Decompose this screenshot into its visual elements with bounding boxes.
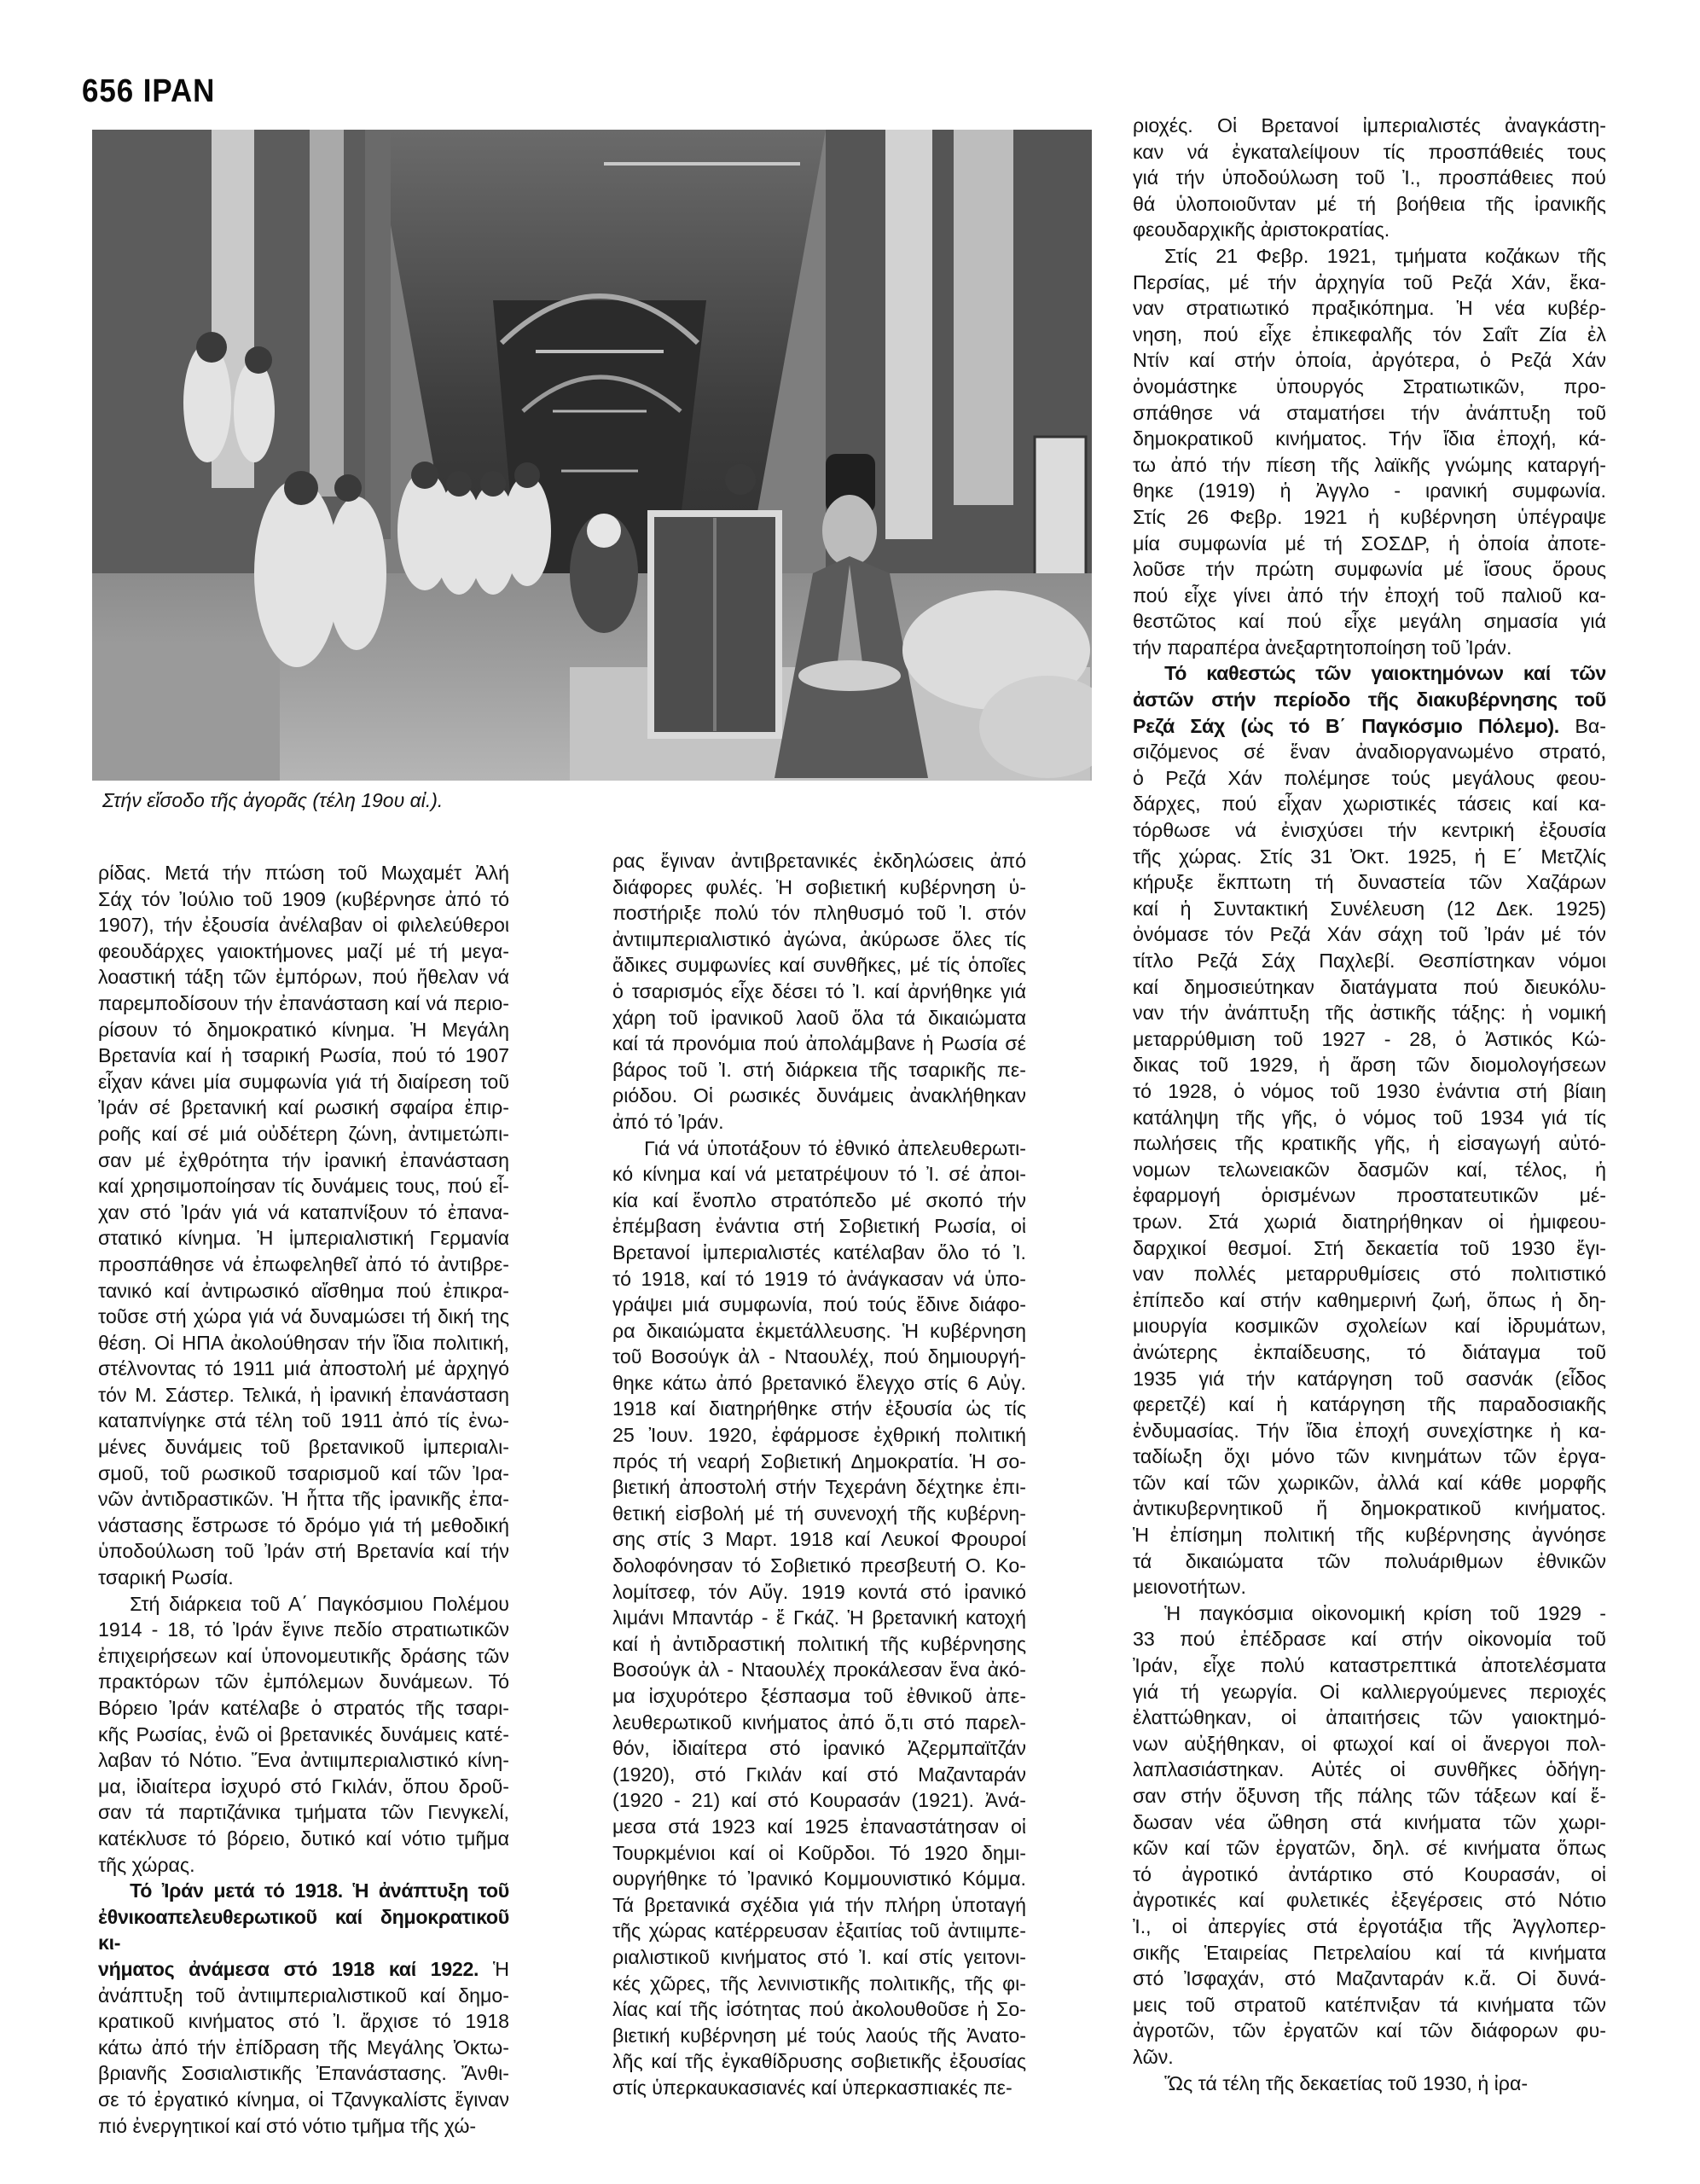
section-heading-text: Τό καθεστώς τῶν γαιοκτημόνων καί τῶν bbox=[1164, 662, 1606, 684]
body-text: Στή διάρκεια τοῦ Α΄ Παγκόσμιου Πολέμου bbox=[130, 1593, 509, 1615]
body-text: 1914 - 18, τό Ἰράν ἔγινε πεδίο στρατιωτι… bbox=[98, 1618, 509, 1641]
text-line: μα ἰσχυρότερο ξέσπασμα τοῦ ἐθνικοῦ ἀπε- bbox=[612, 1683, 1026, 1710]
body-text: κία καί ἔνοπλο στρατόπεδο μέ σκοπό τήν bbox=[612, 1189, 1026, 1211]
body-text: σπάθησε νά σταματήσει τήν ἀνάπτυξη τοῦ bbox=[1133, 402, 1606, 424]
body-text: θηκε κάτω ἀπό βρετανικό ἔλεγχο στίς 6 Αὐ… bbox=[612, 1372, 1026, 1394]
text-line: Στή διάρκεια τοῦ Α΄ Παγκόσμιου Πολέμου bbox=[98, 1591, 509, 1618]
text-line: ταδίωξη ὄχι μόνο τῶν κινημάτων τῶν ἐργα- bbox=[1133, 1443, 1606, 1470]
body-text: σαν τά παρτιζάνικα τμήματα τῶν Γιενγκελί… bbox=[98, 1801, 509, 1823]
text-line: Περσίας, μέ τήν ἀρχηγία τοῦ Ρεζά Χάν, ἔκ… bbox=[1133, 270, 1606, 296]
body-text: ὀνόμασε τόν Ρεζά Χάν σάχη τοῦ Ἰράν μέ τό… bbox=[1133, 923, 1606, 945]
body-text: (1920 - 21) καί στό Κουρασάν (1921). Ἀνά… bbox=[612, 1789, 1026, 1811]
body-text: ὁ τσαρισμός εἶχε δέσει τό Ἰ. καί ἀρνήθηκ… bbox=[612, 980, 1026, 1002]
text-line: στό Ἰσφαχάν, στό Μαζανταράν κ.ἄ. Οἱ δυνά… bbox=[1133, 1966, 1606, 1992]
text-line: Στίς 21 Φεβρ. 1921, τμήματα κοζάκων τῆς bbox=[1133, 243, 1606, 270]
body-text: γιά τήν ὑποδούλωση τοῦ Ἰ., προσπάθειες π… bbox=[1133, 166, 1606, 189]
body-text: τῆς χώρας. Στίς 31 Ὀκτ. 1925, ἡ Ε΄ Μετζλ… bbox=[1133, 845, 1606, 868]
body-text: καταπνίγηκε στά τέλη τοῦ 1911 ἀπό τίς ἐν… bbox=[98, 1409, 509, 1432]
paragraph: Στίς 21 Φεβρ. 1921, τμήματα κοζάκων τῆςΠ… bbox=[1133, 243, 1606, 661]
body-text: μεσα στά 1923 καί 1925 ἐπαναστάτησαν οἱ bbox=[612, 1815, 1026, 1838]
text-line: πού εἶχε γίνει ἀπό τήν ἐποχή τοῦ παλιοῦ … bbox=[1133, 583, 1606, 609]
body-text: κατάληψη τῆς γῆς, ὁ νόμος τοῦ 1934 γιά τ… bbox=[1133, 1107, 1606, 1129]
body-text: Βόρειο Ἰράν κατέλαβε ὁ στρατός τῆς τσαρι… bbox=[98, 1697, 509, 1719]
text-line: λοῦσε τήν πρώτη συμφωνία μέ ἴσους ὅρους bbox=[1133, 556, 1606, 583]
text-line: ὑποδούλωση τοῦ Ἰράν στή Βρετανία καί τήν bbox=[98, 1538, 509, 1565]
text-line: Γιά νά ὑποτάξουν τό ἐθνικό ἀπελευθερωτι- bbox=[612, 1136, 1026, 1162]
body-text: Γιά νά ὑποτάξουν τό ἐθνικό ἀπελευθερωτι- bbox=[644, 1137, 1026, 1159]
body-text: χαν στό Ἰράν γιά νά καταπνίξουν τό ἐπανα… bbox=[98, 1201, 509, 1223]
text-line: θηκε κάτω ἀπό βρετανικό ἔλεγχο στίς 6 Αὐ… bbox=[612, 1370, 1026, 1397]
text-line: Τό καθεστώς τῶν γαιοκτημόνων καί τῶν bbox=[1133, 660, 1606, 687]
text-line: ἐθνικοαπελευθερωτικοῦ καί δημοκρατικοῦ κ… bbox=[98, 1904, 509, 1956]
body-text: στέλνοντας τό 1911 μιά ἀποστολή μέ ἀρχηγ… bbox=[98, 1357, 509, 1380]
body-text: λῶν. bbox=[1133, 2046, 1174, 2068]
text-line: 1914 - 18, τό Ἰράν ἔγινε πεδίο στρατιωτι… bbox=[98, 1617, 509, 1643]
body-text: ἐπίπεδο καί στήν καθημερινή ζωή, ὅπως ἡ … bbox=[1133, 1289, 1606, 1311]
text-line: Τά βρετανικά σχέδια γιά τήν πλήρη ὑποταγ… bbox=[612, 1892, 1026, 1919]
text-line: στέλνοντας τό 1911 μιά ἀποστολή μέ ἀρχηγ… bbox=[98, 1356, 509, 1382]
text-line: λιμάνι Μπαντάρ - ἔ Γκάζ. Ἡ βρετανική κατ… bbox=[612, 1605, 1026, 1631]
text-line: θετική εἰσβολή μέ τή συνενοχή τῆς κυβέρν… bbox=[612, 1501, 1026, 1527]
text-line: 1935 γιά τήν κατάργηση τοῦ σασνάκ (εἶδος bbox=[1133, 1366, 1606, 1392]
text-line: λευθερωτικοῦ κινήματος ἀπό ὅ,τι στό παρε… bbox=[612, 1710, 1026, 1736]
text-line: τω ἀπό τήν πίεση τῆς λαϊκῆς γνώμης καταρ… bbox=[1133, 452, 1606, 479]
text-line: ριοχές. Οἱ Βρετανοί ἰμπεριαλιστές ἀναγκά… bbox=[1133, 113, 1606, 139]
text-line: κία καί ἔνοπλο στρατόπεδο μέ σκοπό τήν bbox=[612, 1188, 1026, 1214]
text-line: 25 Ἰουν. 1920, ἐφάρμοσε ἐχθρική πολιτική bbox=[612, 1422, 1026, 1449]
body-text: ἀπό τό Ἰράν. bbox=[612, 1111, 724, 1133]
section-heading-text: Ρεζά Σάχ (ὡς τό Β΄ Παγκόσμιο Πόλεμο). bbox=[1133, 715, 1575, 737]
bazaar-photo bbox=[92, 130, 1092, 781]
text-line: τίτλο Ρεζά Σάχ Παχλεβί. Θεσπίστηκαν νόμο… bbox=[1133, 948, 1606, 974]
body-text: ρίδας. Μετά τήν πτώση τοῦ Μωχαμέτ Ἀλή bbox=[98, 862, 509, 884]
text-line: κῆς Ρωσίας, ἐνῶ οἱ βρετανικές δυνάμεις κ… bbox=[98, 1722, 509, 1748]
text-line: 1907), τήν ἐξουσία ἀνέλαβαν οἱ φιλελεύθε… bbox=[98, 912, 509, 938]
text-line: τσαρική Ρωσία. bbox=[98, 1565, 509, 1591]
text-line: τῶν καί τῶν χωρικῶν, ἀλλά καί κάθε μορφῆ… bbox=[1133, 1470, 1606, 1496]
body-text: λιμάνι Μπαντάρ - ἔ Γκάζ. Ἡ βρετανική κατ… bbox=[612, 1606, 1026, 1629]
text-line: γράψει μιά συμφωνία, πού τούς ἔδινε διάφ… bbox=[612, 1292, 1026, 1318]
text-line: τρων. Στά χωριά διατηρήθηκαν οἱ ἡμιφεου- bbox=[1133, 1209, 1606, 1235]
body-text: ἐπιχειρήσεων καί ὑπονομευτικῆς δράσης τῶ… bbox=[98, 1645, 509, 1667]
text-line: βριανῆς Σοσιαλιστικῆς Ἐπανάστασης. Ἄνθι- bbox=[98, 2060, 509, 2087]
body-text: σικῆς Ἑταιρείας Πετρελαίου καί τά κινήμα… bbox=[1133, 1942, 1606, 1964]
body-text: τίτλο Ρεζά Σάχ Παχλεβί. Θεσπίστηκαν νόμο… bbox=[1133, 950, 1606, 972]
text-line: τοῦ Βοσούγκ ἀλ - Νταουλέχ, πού δημιουργή… bbox=[612, 1344, 1026, 1370]
body-text: τσαρική Ρωσία. bbox=[98, 1566, 234, 1589]
text-line: βιετική ἀποστολή στήν Τεχεράνη δέχτηκε ἐ… bbox=[612, 1474, 1026, 1501]
text-line: Ἰ., οἱ ἀπεργίες στά ἐργοτάξια τῆς Ἀγγλοπ… bbox=[1133, 1914, 1606, 1940]
body-text: τό ἀγροτικό ἀντάρτικο στό Κουρασάν, οἱ bbox=[1133, 1863, 1606, 1885]
body-text: Ἰράν σέ βρετανική καί ρωσική σφαίρα ἐπιρ… bbox=[98, 1096, 509, 1118]
text-line: ρίσουν τό δημοκρατικό κίνημα. Ἡ Μεγάλη bbox=[98, 1017, 509, 1043]
text-line: διάφορες φυλές. Ἡ σοβιετική κυβέρνηση ὑ- bbox=[612, 874, 1026, 901]
body-text: βιετική κυβέρνηση μέ τούς λαούς τῆς Ἀνατ… bbox=[612, 2024, 1026, 2047]
column-right: ριοχές. Οἱ Βρετανοί ἰμπεριαλιστές ἀναγκά… bbox=[1133, 113, 1606, 2096]
text-line: λῆς καί τῆς ἐγκαθίδρυσης σοβιετικῆς ἐξου… bbox=[612, 2048, 1026, 2075]
body-text: ἄδικες συμφωνίες καί συνθῆκες, μέ τίς ὁπ… bbox=[612, 954, 1026, 976]
text-line: κρατικοῦ κινήματος στό Ἰ. ἄρχισε τό 1918 bbox=[98, 2008, 509, 2035]
text-line: καταπνίγηκε στά τέλη τοῦ 1911 ἀπό τίς ἐν… bbox=[98, 1408, 509, 1434]
text-line: προσπάθησε νά ἐπωφεληθεῖ ἀπό τό ἀντιβρε- bbox=[98, 1252, 509, 1278]
body-text: μα ἰσχυρότερο ξέσπασμα τοῦ ἐθνικοῦ ἀπε- bbox=[612, 1685, 1026, 1707]
text-line: τῆς χώρας. Στίς 31 Ὀκτ. 1925, ἡ Ε΄ Μετζλ… bbox=[1133, 844, 1606, 870]
text-line: τοῦσε στή χώρα γιά νά δυναμώσει τή δική … bbox=[98, 1304, 509, 1330]
text-line: ἐνδυμασίας. Τήν ἴδια ἐποχή συνεχίστηκε ἡ… bbox=[1133, 1418, 1606, 1444]
column-left: ρίδας. Μετά τήν πτώση τοῦ Μωχαμέτ ἈλήΣάχ… bbox=[98, 860, 509, 2139]
body-text: τό 1928, ὁ νόμος τοῦ 1930 ἐνάντια στή βί… bbox=[1133, 1080, 1606, 1102]
text-line: ὁ τσαρισμός εἶχε δέσει τό Ἰ. καί ἀρνήθηκ… bbox=[612, 979, 1026, 1005]
text-line: θόν, ἰδιαίτερα στό ἰρανικό Ἀζερμπαϊτζάν bbox=[612, 1735, 1026, 1762]
body-text: ναν στρατιωτικό πραξικόπημα. Ἡ νέα κυβέρ… bbox=[1133, 297, 1606, 319]
page-number: 656 bbox=[82, 73, 134, 109]
body-text: Στίς 21 Φεβρ. 1921, τμήματα κοζάκων τῆς bbox=[1164, 245, 1606, 267]
text-line: δημοκρατικοῦ κινήματος. Τήν ἴδια ἐποχή, … bbox=[1133, 426, 1606, 452]
body-text: φεουδαρχικῆς ἀριστοκρατίας. bbox=[1133, 218, 1390, 241]
text-line: ρίδας. Μετά τήν πτώση τοῦ Μωχαμέτ Ἀλή bbox=[98, 860, 509, 886]
text-line: μα, ἰδιαίτερα ἰσχυρό στό Γκιλάν, ὅπου δρ… bbox=[98, 1774, 509, 1800]
text-line: ναν πολλές μεταρρυθμίσεις στό πολιτιστικ… bbox=[1133, 1261, 1606, 1287]
body-text: λαβαν τό Νότιο. Ἕνα ἀντιιμπεριαλιστικό κ… bbox=[98, 1749, 509, 1771]
text-line: βιετική κυβέρνηση μέ τούς λαούς τῆς Ἀνατ… bbox=[612, 2023, 1026, 2049]
text-line: Τουρκμένιοι καί οἱ Κοῦρδοι. Τό 1920 δημι… bbox=[612, 1840, 1026, 1867]
body-text: λῆς καί τῆς ἐγκαθίδρυσης σοβιετικῆς ἐξου… bbox=[612, 2050, 1026, 2072]
column-middle: ρας ἔγιναν ἀντιβρετανικές ἐκδηλώσεις ἀπό… bbox=[612, 848, 1026, 2101]
body-text: τοῦ Βοσούγκ ἀλ - Νταουλέχ, πού δημιουργή… bbox=[612, 1345, 1026, 1368]
body-text: Τά βρετανικά σχέδια γιά τήν πλήρη ὑποταγ… bbox=[612, 1894, 1026, 1916]
text-line: σαν μέ ἐχθρότητα τήν ἰρανική ἐπανάσταση bbox=[98, 1147, 509, 1174]
body-text: κῶν καί τῶν ἐργατῶν, δηλ. σέ κινήματα ὅπ… bbox=[1133, 1837, 1606, 1859]
paragraph: Ὥς τά τέλη τῆς δεκαετίας τοῦ 1930, ἡ ἰρα… bbox=[1133, 2071, 1606, 2097]
body-text: χάρη τοῦ ἰρανικοῦ λαοῦ ὅλα τά δικαιώματα bbox=[612, 1007, 1026, 1029]
text-line: Ρεζά Σάχ (ὡς τό Β΄ Παγκόσμιο Πόλεμο). Βα… bbox=[1133, 713, 1606, 740]
body-text: Ἡ παγκόσμια οἰκονομική κρίση τοῦ 1929 - bbox=[1164, 1602, 1606, 1624]
body-text: Ἡ bbox=[493, 1958, 509, 1980]
text-line: πιό ἐνεργητικοί καί στό νότιο τμῆμα τῆς … bbox=[98, 2113, 509, 2140]
body-text: δημοκρατικοῦ κινήματος. Τήν ἴδια ἐποχή, … bbox=[1133, 427, 1606, 450]
body-text: βάρος τοῦ Ἰ. στή διάρκεια τῆς τσαρικῆς π… bbox=[612, 1059, 1026, 1081]
text-line: κό κίνημα καί νά μετατρέψουν τό Ἰ. σέ ἀπ… bbox=[612, 1161, 1026, 1188]
body-text: στατικό κίνημα. Ἡ ἰμπεριαλιστική Γερμανί… bbox=[98, 1227, 509, 1249]
body-text: Βρετανία καί ἡ τσαρική Ρωσία, πού τό 190… bbox=[98, 1044, 509, 1066]
text-line: Ἡ ἐπίσημη πολιτική τῆς κυβέρνησης ἀγνόησ… bbox=[1133, 1522, 1606, 1548]
text-line: ἀνάπτυξη τοῦ ἀντιιμπεριαλιστικοῦ καί δημ… bbox=[98, 1983, 509, 2009]
text-line: ἀπό τό Ἰράν. bbox=[612, 1109, 1026, 1136]
text-line: τῆς χώρας. bbox=[98, 1852, 509, 1879]
text-line: 33 πού ἐπέδρασε καί στήν οἰκονομία τοῦ bbox=[1133, 1626, 1606, 1653]
text-line: Βρετανία καί ἡ τσαρική Ρωσία, πού τό 190… bbox=[98, 1043, 509, 1069]
paragraph: Τό καθεστώς τῶν γαιοκτημόνων καί τῶνἀστῶ… bbox=[1133, 660, 1606, 1600]
text-line: σμοῦ, τοῦ ρωσικοῦ τσαρισμοῦ καί τῶν Ἰρα- bbox=[98, 1461, 509, 1487]
text-line: ναν τήν ἀνάπτυξη τῆς ἀστικῆς τάξης: ἡ νο… bbox=[1133, 1000, 1606, 1026]
body-text: μα, ἰδιαίτερα ἰσχυρό στό Γκιλάν, ὅπου δρ… bbox=[98, 1775, 509, 1798]
body-text: θόν, ἰδιαίτερα στό ἰρανικό Ἀζερμπαϊτζάν bbox=[612, 1737, 1026, 1759]
body-text: ρα δικαιώματα ἐκμετάλλευσης. Ἡ κυβέρνηση bbox=[612, 1320, 1026, 1342]
text-line: νῶν ἀντιδραστικῶν. Ἡ ἧττα τῆς ἰρανικῆς ἐ… bbox=[98, 1486, 509, 1513]
body-text: πωλήσεις τῆς κρατικῆς γῆς, ἡ εἰσαγωγή αὐ… bbox=[1133, 1132, 1606, 1154]
text-line: θηκε (1919) ἡ Ἀγγλο - ιρανική συμφωνία. bbox=[1133, 478, 1606, 504]
text-line: δικας τοῦ 1929, ἡ ἄρση τῶν διομολογήσεων bbox=[1133, 1052, 1606, 1078]
text-line: εἶχαν κάνει μία συμφωνία γιά τή διαίρεση… bbox=[98, 1069, 509, 1095]
body-text: Ἰ., οἱ ἀπεργίες στά ἐργοτάξια τῆς Ἀγγλοπ… bbox=[1133, 1915, 1606, 1937]
text-line: ἄδικες συμφωνίες καί συνθῆκες, μέ τίς ὁπ… bbox=[612, 952, 1026, 979]
text-line: νων αὐξήθηκαν, οἱ φτωχοί καί οἱ ἄνεργοι … bbox=[1133, 1731, 1606, 1757]
body-text: Ντίν καί στήν ὁποία, ἀργότερα, ὁ Ρεζά Χά… bbox=[1133, 349, 1606, 371]
paragraph: ρίδας. Μετά τήν πτώση τοῦ Μωχαμέτ ἈλήΣάχ… bbox=[98, 860, 509, 1591]
body-text: στίς ὑπερκαυκασιανές καί ὑπερκασπιακές π… bbox=[612, 2077, 1012, 2099]
text-line: φεουδαρχικῆς ἀριστοκρατίας. bbox=[1133, 217, 1606, 243]
text-line: Ἰράν σέ βρετανική καί ρωσική σφαίρα ἐπιρ… bbox=[98, 1095, 509, 1121]
body-text: εἶχαν κάνει μία συμφωνία γιά τή διαίρεση… bbox=[98, 1071, 509, 1093]
text-line: σαν τά παρτιζάνικα τμήματα τῶν Γιενγκελί… bbox=[98, 1799, 509, 1826]
text-line: βάρος τοῦ Ἰ. στή διάρκεια τῆς τσαρικῆς π… bbox=[612, 1057, 1026, 1083]
body-text: δάρχες, πού εἶχαν χωριστικές τάσεις καί … bbox=[1133, 793, 1606, 815]
body-text: 1935 γιά τήν κατάργηση τοῦ σασνάκ (εἶδος bbox=[1133, 1368, 1606, 1390]
body-text: λοῦσε τήν πρώτη συμφωνία μέ ἴσους ὅρους bbox=[1133, 558, 1606, 580]
body-text: ἀγροτῶν, τῶν ἐργατῶν καί τῶν διάφορων φυ… bbox=[1133, 2019, 1606, 2042]
text-line: μένες δυνάμεις τοῦ βρετανικοῦ ἰμπεριαλι- bbox=[98, 1434, 509, 1461]
paragraph: Γιά νά ὑποτάξουν τό ἐθνικό ἀπελευθερωτι-… bbox=[612, 1136, 1026, 2101]
text-line: ἐπίπεδο καί στήν καθημερινή ζωή, ὅπως ἡ … bbox=[1133, 1287, 1606, 1314]
body-text: καί χρησιμοποίησαν τίς δυνάμεις τους, πο… bbox=[98, 1175, 509, 1197]
text-line: δωσαν νέα ὤθηση στά κινήματα τῶν χωρι- bbox=[1133, 1809, 1606, 1836]
body-text: κῆς Ρωσίας, ἐνῶ οἱ βρετανικές δυνάμεις κ… bbox=[98, 1723, 509, 1745]
body-text: λαπλασιάστηκαν. Αὐτές οἱ συνθῆκες ὁδήγη- bbox=[1133, 1758, 1606, 1780]
body-text: Ἰράν, εἶχε πολύ καταστρεπτικά ἀποτελέσμα… bbox=[1133, 1654, 1606, 1676]
text-line: κατέκλυσε τό βόρειο, δυτικό καί νότιο τμ… bbox=[98, 1826, 509, 1852]
body-text: τοῦσε στή χώρα γιά νά δυναμώσει τή δική … bbox=[98, 1305, 509, 1327]
body-text: μιουργία κοσμικῶν σχολείων καί ἱδρυμάτων… bbox=[1133, 1315, 1606, 1337]
section-heading-text: ἐθνικοαπελευθερωτικοῦ καί δημοκρατικοῦ κ… bbox=[98, 1906, 509, 1955]
body-text: 1907), τήν ἐξουσία ἀνέλαβαν οἱ φιλελεύθε… bbox=[98, 914, 509, 936]
text-line: ἐπιχειρήσεων καί ὑπονομευτικῆς δράσης τῶ… bbox=[98, 1643, 509, 1670]
text-line: Στίς 26 Φεβρ. 1921 ἡ κυβέρνηση ὑπέγραψε bbox=[1133, 504, 1606, 531]
body-text: πιό ἐνεργητικοί καί στό νότιο τμῆμα τῆς … bbox=[98, 2115, 476, 2137]
body-text: καί ἡ ἀντιδραστική πολιτική τῆς κυβέρνησ… bbox=[612, 1633, 1026, 1655]
paragraph: Ἡ παγκόσμια οἰκονομική κρίση τοῦ 1929 -3… bbox=[1133, 1600, 1606, 2071]
body-text: τρων. Στά χωριά διατηρήθηκαν οἱ ἡμιφεου- bbox=[1133, 1211, 1606, 1233]
text-line: σπάθησε νά σταματήσει τήν ἀνάπτυξη τοῦ bbox=[1133, 400, 1606, 427]
body-text: θηκε (1919) ἡ Ἀγγλο - ιρανική συμφωνία. bbox=[1133, 479, 1606, 502]
text-line: τό ἀγροτικό ἀντάρτικο στό Κουρασάν, οἱ bbox=[1133, 1862, 1606, 1888]
text-line: κήρυξε ἔκπτωτη τή δυναστεία τῶν Χαζάρων bbox=[1133, 869, 1606, 896]
page-header: 656 ΙΡΑΝ bbox=[82, 73, 215, 110]
text-line: Ἡ παγκόσμια οἰκονομική κρίση τοῦ 1929 - bbox=[1133, 1600, 1606, 1627]
photo-illustration bbox=[92, 130, 1092, 781]
body-text: Στίς 26 Φεβρ. 1921 ἡ κυβέρνηση ὑπέγραψε bbox=[1133, 506, 1606, 528]
text-line: φερετζέ) καί ἡ κατάργηση τῆς παραδοσιακῆ… bbox=[1133, 1391, 1606, 1418]
text-line: ἐπέμβαση ἐνάντια στή Σοβιετική Ρωσία, οἱ bbox=[612, 1213, 1026, 1240]
text-line: γιά τήν ὑποδούλωση τοῦ Ἰ., προσπάθειες π… bbox=[1133, 165, 1606, 191]
paragraph: Τό Ἰράν μετά τό 1918. Ἡ ἀνάπτυξη τοῦἐθνι… bbox=[98, 1878, 509, 2139]
body-text: ροῆς καί σέ μιά οὐδέτερη ζώνη, ἀντιμετώπ… bbox=[98, 1123, 509, 1145]
body-text: μένες δυνάμεις τοῦ βρετανικοῦ ἰμπεριαλι- bbox=[98, 1436, 509, 1458]
paragraph: Στή διάρκεια τοῦ Α΄ Παγκόσμιου Πολέμου19… bbox=[98, 1591, 509, 1879]
section-heading-text: Τό Ἰράν μετά τό 1918. Ἡ ἀνάπτυξη τοῦ bbox=[130, 1879, 509, 1902]
text-line: ἀγροτικές καί φυλετικές ἐξεγέρσεις στό Ν… bbox=[1133, 1887, 1606, 1914]
body-text: ρίσουν τό δημοκρατικό κίνημα. Ἡ Μεγάλη bbox=[98, 1019, 509, 1041]
text-line: νομων τελωνειακῶν δασμῶν καί, τέλος, ἡ bbox=[1133, 1157, 1606, 1183]
text-line: σε τό ἐργατικό κίνημα, οἱ Τζανγκαλίστς ἔ… bbox=[98, 2087, 509, 2113]
text-line: (1920), στό Γκιλάν καί στό Μαζανταράν bbox=[612, 1762, 1026, 1788]
text-line: Βρετανοί ἰμπεριαλιστές κατέλαβαν ὅλο τό … bbox=[612, 1240, 1026, 1266]
body-text: ριοχές. Οἱ Βρετανοί ἰμπεριαλιστές ἀναγκά… bbox=[1133, 114, 1606, 136]
body-text: ὑποδούλωση τοῦ Ἰράν στή Βρετανία καί τήν bbox=[98, 1540, 509, 1562]
text-line: δολοφόνησαν τό Σοβιετικό πρεσβευτή Ο. Κο… bbox=[612, 1553, 1026, 1579]
text-line: ὀνομάστηκε ὑπουργός Στρατιωτικῶν, προ- bbox=[1133, 374, 1606, 400]
text-line: κές χῶρες, τῆς λενινιστικῆς πολιτικῆς, τ… bbox=[612, 1971, 1026, 1997]
text-line: ἐφαρμογή ὁρισμένων προστατευτικῶν μέ- bbox=[1133, 1182, 1606, 1209]
text-line: ὀνόμασε τόν Ρεζά Χάν σάχη τοῦ Ἰράν μέ τό… bbox=[1133, 921, 1606, 948]
text-line: φεουδάρχες γαιοκτήμονες μαζί μέ τή μεγα- bbox=[98, 938, 509, 965]
body-text: τανικό καί ἀντιρωσικό αἴσθημα πού ἐπικρα… bbox=[98, 1280, 509, 1302]
text-line: καί χρησιμοποίησαν τίς δυνάμεις τους, πο… bbox=[98, 1173, 509, 1199]
body-text: Τουρκμένιοι καί οἱ Κοῦρδοι. Τό 1920 δημι… bbox=[612, 1842, 1026, 1864]
body-text: λευθερωτικοῦ κινήματος ἀπό ὅ,τι στό παρε… bbox=[612, 1711, 1026, 1734]
body-text: καί ἡ Συντακτική Συνέλευση (12 Δεκ. 1925… bbox=[1133, 897, 1606, 920]
text-line: ἀντικυβερνητικοῦ ἤ δημοκρατικοῦ κινήματο… bbox=[1133, 1496, 1606, 1522]
text-line: χάρη τοῦ ἰρανικοῦ λαοῦ ὅλα τά δικαιώματα bbox=[612, 1005, 1026, 1031]
text-line: δάρχες, πού εἶχαν χωριστικές τάσεις καί … bbox=[1133, 791, 1606, 817]
body-text: πρακτόρων τῶν ἐμπόλεμων δυνάμεων. Τό bbox=[98, 1670, 509, 1693]
text-line: πρακτόρων τῶν ἐμπόλεμων δυνάμεων. Τό bbox=[98, 1669, 509, 1695]
text-line: νήματος ἀνάμεσα στό 1918 καί 1922. Ἡ bbox=[98, 1956, 509, 1983]
text-line: λαπλασιάστηκαν. Αὐτές οἱ συνθῆκες ὁδήγη- bbox=[1133, 1757, 1606, 1783]
body-text: κατέκλυσε τό βόρειο, δυτικό καί νότιο τμ… bbox=[98, 1827, 509, 1850]
text-line: τήν παραπέρα ἀνεξαρτητοποίηση τοῦ Ἰράν. bbox=[1133, 635, 1606, 661]
text-line: νηση, πού εἶχε ἐπικεφαλῆς τόν Σαΐτ Ζία ἐ… bbox=[1133, 322, 1606, 348]
body-text: ἐφαρμογή ὁρισμένων προστατευτικῶν μέ- bbox=[1133, 1184, 1606, 1206]
body-text: θεστῶτος καί πού εἶχε μεγάλη σημασία γιά bbox=[1133, 610, 1606, 632]
text-line: ἀνώτερης ἐκπαίδευσης, τό διάταγμα τοῦ bbox=[1133, 1339, 1606, 1366]
text-line: σαν στήν ὄξυνση τῆς πάλης τῶν τάξεων καί… bbox=[1133, 1783, 1606, 1809]
body-text: σε τό ἐργατικό κίνημα, οἱ Τζανγκαλίστς ἔ… bbox=[98, 2088, 509, 2111]
text-line: τό 1918, καί τό 1919 τό ἀνάγκασαν νά ὑπο… bbox=[612, 1266, 1026, 1292]
text-line: καί ἡ ἀντιδραστική πολιτική τῆς κυβέρνησ… bbox=[612, 1631, 1026, 1658]
paragraph: ρας ἔγιναν ἀντιβρετανικές ἐκδηλώσεις ἀπό… bbox=[612, 848, 1026, 1136]
text-line: Βόρειο Ἰράν κατέλαβε ὁ στρατός τῆς τσαρι… bbox=[98, 1695, 509, 1722]
text-line: λίας καί τῆς ἰσότητας πού ἀκολουθοῦσε ἡ … bbox=[612, 1996, 1026, 2023]
section-heading-text: νήματος ἀνάμεσα στό 1918 καί 1922. bbox=[98, 1958, 493, 1980]
text-line: μιουργία κοσμικῶν σχολείων καί ἱδρυμάτων… bbox=[1133, 1313, 1606, 1339]
text-line: κάτω ἀπό τήν ἐπίδραση τῆς Μεγάλης Ὀκτω- bbox=[98, 2035, 509, 2061]
text-line: τῆς χώρας κατέρρευσαν ἐξαιτίας τοῦ ἀντιι… bbox=[612, 1918, 1026, 1944]
body-text: λίας καί τῆς ἰσότητας πού ἀκολουθοῦσε ἡ … bbox=[612, 1998, 1026, 2020]
text-line: νάστασης ἔστρωσε τό δρόμο γιά τή μεθοδικ… bbox=[98, 1513, 509, 1539]
body-text: λομίτσεφ, τόν Αὔγ. 1919 κοντά στό ἰρανικ… bbox=[612, 1581, 1026, 1603]
text-line: μεις τοῦ στρατοῦ κατέπνιξαν τά κινήματα … bbox=[1133, 1992, 1606, 2018]
body-text: πού εἶχε γίνει ἀπό τήν ἐποχή τοῦ παλιοῦ … bbox=[1133, 584, 1606, 607]
body-text: τῆς χώρας. bbox=[98, 1854, 195, 1876]
text-line: πωλήσεις τῆς κρατικῆς γῆς, ἡ εἰσαγωγή αὐ… bbox=[1133, 1130, 1606, 1157]
text-line: ρα δικαιώματα ἐκμετάλλευσης. Ἡ κυβέρνηση bbox=[612, 1318, 1026, 1345]
body-text: προσπάθησε νά ἐπωφεληθεῖ ἀπό τό ἀντιβρε- bbox=[98, 1253, 509, 1275]
text-line: τό 1928, ὁ νόμος τοῦ 1930 ἐνάντια στή βί… bbox=[1133, 1078, 1606, 1105]
body-text: τῶν καί τῶν χωρικῶν, ἀλλά καί κάθε μορφῆ… bbox=[1133, 1472, 1606, 1494]
body-text: μία συμφωνία μέ τή ΣΟΣΔΡ, ἡ ὁποία ἀποτε- bbox=[1133, 532, 1606, 555]
text-line: Βοσούγκ ἀλ - Νταουλέχ προκάλεσαν ἕνα ἀκό… bbox=[612, 1657, 1026, 1683]
body-text: Περσίας, μέ τήν ἀρχηγία τοῦ Ρεζά Χάν, ἔκ… bbox=[1133, 271, 1606, 293]
body-text: ουργήθηκε τό Ἰρανικό Κομμουνιστικό Κόμμα… bbox=[612, 1867, 1026, 1890]
body-text: ταδίωξη ὄχι μόνο τῶν κινημάτων τῶν ἐργα- bbox=[1133, 1445, 1606, 1467]
body-text: δωσαν νέα ὤθηση στά κινήματα τῶν χωρι- bbox=[1133, 1811, 1606, 1833]
photo-caption: Στήν εἴσοδο τῆς ἀγορᾶς (τέλη 19ου αἰ.). bbox=[102, 789, 443, 812]
text-line: σιζόμενος σέ ἕναν ἀναδιοργανωμένο στρατό… bbox=[1133, 739, 1606, 765]
text-line: λῶν. bbox=[1133, 2044, 1606, 2071]
text-line: (1920 - 21) καί στό Κουρασάν (1921). Ἀνά… bbox=[612, 1787, 1026, 1814]
body-text: ἀντιιμπεριαλιστικό ἀγώνα, ἀκύρωσε ὅλες τ… bbox=[612, 928, 1026, 950]
text-line: παρεμποδίσουν τήν ἐπανάσταση καί νά περι… bbox=[98, 990, 509, 1017]
body-text: δικας τοῦ 1929, ἡ ἄρση τῶν διομολογήσεων bbox=[1133, 1054, 1606, 1076]
text-line: θέση. Οἱ ΗΠΑ ἀκολούθησαν τήν ἴδια πολιτι… bbox=[98, 1330, 509, 1356]
text-line: Ντίν καί στήν ὁποία, ἀργότερα, ὁ Ρεζά Χά… bbox=[1133, 347, 1606, 374]
body-text: σης στίς 3 Μαρτ. 1918 καί Λευκοί Φρουροί bbox=[612, 1528, 1026, 1550]
body-text: τω ἀπό τήν πίεση τῆς λαϊκῆς γνώμης καταρ… bbox=[1133, 454, 1606, 476]
body-text: ποστήριξε πολύ τόν πληθυσμό τοῦ Ἰ. στόν bbox=[612, 902, 1026, 924]
body-text: τά δικαιώματα τῶν πολυάριθμων ἐθνικῶν bbox=[1133, 1550, 1606, 1572]
body-text: μεταρρύθμιση τοῦ 1927 - 28, ὁ Ἀστικός Κώ… bbox=[1133, 1028, 1606, 1050]
body-text: μειονοτήτων. bbox=[1133, 1576, 1246, 1598]
body-text: καί δημοσιεύτηκαν διατάγματα πού διευκόλ… bbox=[1133, 976, 1606, 998]
text-line: στατικό κίνημα. Ἡ ἰμπεριαλιστική Γερμανί… bbox=[98, 1225, 509, 1252]
body-text: Ὥς τά τέλη τῆς δεκαετίας τοῦ 1930, ἡ ἰρα… bbox=[1164, 2072, 1528, 2094]
body-text: τήν παραπέρα ἀνεξαρτητοποίηση τοῦ Ἰράν. bbox=[1133, 636, 1511, 659]
body-text: τό 1918, καί τό 1919 τό ἀνάγκασαν νά ὑπο… bbox=[612, 1268, 1026, 1290]
text-line: κατάληψη τῆς γῆς, ὁ νόμος τοῦ 1934 γιά τ… bbox=[1133, 1105, 1606, 1131]
text-line: γιά τή γεωργία. Οἱ καλλιεργούμενες περιο… bbox=[1133, 1679, 1606, 1705]
body-text: πρός τή νεαρή Σοβιετική Δημοκρατία. Ἡ σο… bbox=[612, 1450, 1026, 1472]
body-text: δολοφόνησαν τό Σοβιετικό πρεσβευτή Ο. Κο… bbox=[612, 1554, 1026, 1577]
body-text: σαν στήν ὄξυνση τῆς πάλης τῶν τάξεων καί… bbox=[1133, 1785, 1606, 1807]
text-line: καί δημοσιεύτηκαν διατάγματα πού διευκόλ… bbox=[1133, 974, 1606, 1001]
body-text: στό Ἰσφαχάν, στό Μαζανταράν κ.ἄ. Οἱ δυνά… bbox=[1133, 1967, 1606, 1989]
text-line: σικῆς Ἑταιρείας Πετρελαίου καί τά κινήμα… bbox=[1133, 1940, 1606, 1966]
body-text: ὁ Ρεζά Χάν πολέμησε τούς μεγάλους φεου- bbox=[1133, 767, 1606, 789]
paragraph: ριοχές. Οἱ Βρετανοί ἰμπεριαλιστές ἀναγκά… bbox=[1133, 113, 1606, 243]
body-text: ρας ἔγιναν ἀντιβρετανικές ἐκδηλώσεις ἀπό bbox=[612, 850, 1026, 872]
text-line: ριόδου. Οἱ ρωσικές δυνάμεις ἀνακλήθηκαν bbox=[612, 1083, 1026, 1109]
body-text: κήρυξε ἔκπτωτη τή δυναστεία τῶν Χαζάρων bbox=[1133, 871, 1606, 893]
body-text: κές χῶρες, τῆς λενινιστικῆς πολιτικῆς, τ… bbox=[612, 1972, 1026, 1995]
body-text: ἀνώτερης ἐκπαίδευσης, τό διάταγμα τοῦ bbox=[1133, 1341, 1606, 1363]
body-text: σιζόμενος σέ ἕναν ἀναδιοργανωμένο στρατό… bbox=[1133, 741, 1606, 763]
body-text: νάστασης ἔστρωσε τό δρόμο γιά τή μεθοδικ… bbox=[98, 1514, 509, 1536]
body-text: φερετζέ) καί ἡ κατάργηση τῆς παραδοσιακῆ… bbox=[1133, 1393, 1606, 1415]
body-text: βιετική ἀποστολή στήν Τεχεράνη δέχτηκε ἐ… bbox=[612, 1476, 1026, 1498]
body-text: θετική εἰσβολή μέ τή συνενοχή τῆς κυβέρν… bbox=[612, 1502, 1026, 1525]
body-text: ναν τήν ἀνάπτυξη τῆς ἀστικῆς τάξης: ἡ νο… bbox=[1133, 1002, 1606, 1024]
text-line: κῶν καί τῶν ἐργατῶν, δηλ. σέ κινήματα ὅπ… bbox=[1133, 1835, 1606, 1862]
text-line: τανικό καί ἀντιρωσικό αἴσθημα πού ἐπικρα… bbox=[98, 1278, 509, 1304]
body-text: ἐπέμβαση ἐνάντια στή Σοβιετική Ρωσία, οἱ bbox=[612, 1215, 1026, 1237]
body-text: παρεμποδίσουν τήν ἐπανάσταση καί νά περι… bbox=[98, 992, 509, 1014]
text-line: καί τά προνόμια πού ἀπολάμβανε ἡ Ρωσία σ… bbox=[612, 1031, 1026, 1057]
body-text: μεις τοῦ στρατοῦ κατέπνιξαν τά κινήματα … bbox=[1133, 1994, 1606, 2016]
text-line: καί ἡ Συντακτική Συνέλευση (12 Δεκ. 1925… bbox=[1133, 896, 1606, 922]
text-line: ρας ἔγιναν ἀντιβρετανικές ἐκδηλώσεις ἀπό bbox=[612, 848, 1026, 874]
text-line: καν νά ἐγκαταλείψουν τίς προσπάθειές του… bbox=[1133, 139, 1606, 166]
text-line: τόρθωσε νά ἐνισχύσει τήν κεντρική ἐξουσί… bbox=[1133, 817, 1606, 844]
body-text: Ἡ ἐπίσημη πολιτική τῆς κυβέρνησης ἀγνόησ… bbox=[1133, 1524, 1606, 1546]
text-line: θά ὑλοποιοῦνταν μέ τή βοήθεια τῆς ἰρανικ… bbox=[1133, 191, 1606, 218]
text-line: ουργήθηκε τό Ἰρανικό Κομμουνιστικό Κόμμα… bbox=[612, 1866, 1026, 1892]
body-text: 33 πού ἐπέδρασε καί στήν οἰκονομία τοῦ bbox=[1133, 1628, 1606, 1650]
text-line: 1918 καί διατηρήθηκε στήν ἐξουσία ὡς τίς bbox=[612, 1396, 1026, 1422]
body-text: ἀνάπτυξη τοῦ ἀντιιμπεριαλιστικοῦ καί δημ… bbox=[98, 1984, 509, 2007]
text-line: λαβαν τό Νότιο. Ἕνα ἀντιιμπεριαλιστικό κ… bbox=[98, 1747, 509, 1774]
body-text: θέση. Οἱ ΗΠΑ ἀκολούθησαν τήν ἴδια πολιτι… bbox=[98, 1332, 509, 1354]
text-line: μειονοτήτων. bbox=[1133, 1574, 1606, 1600]
